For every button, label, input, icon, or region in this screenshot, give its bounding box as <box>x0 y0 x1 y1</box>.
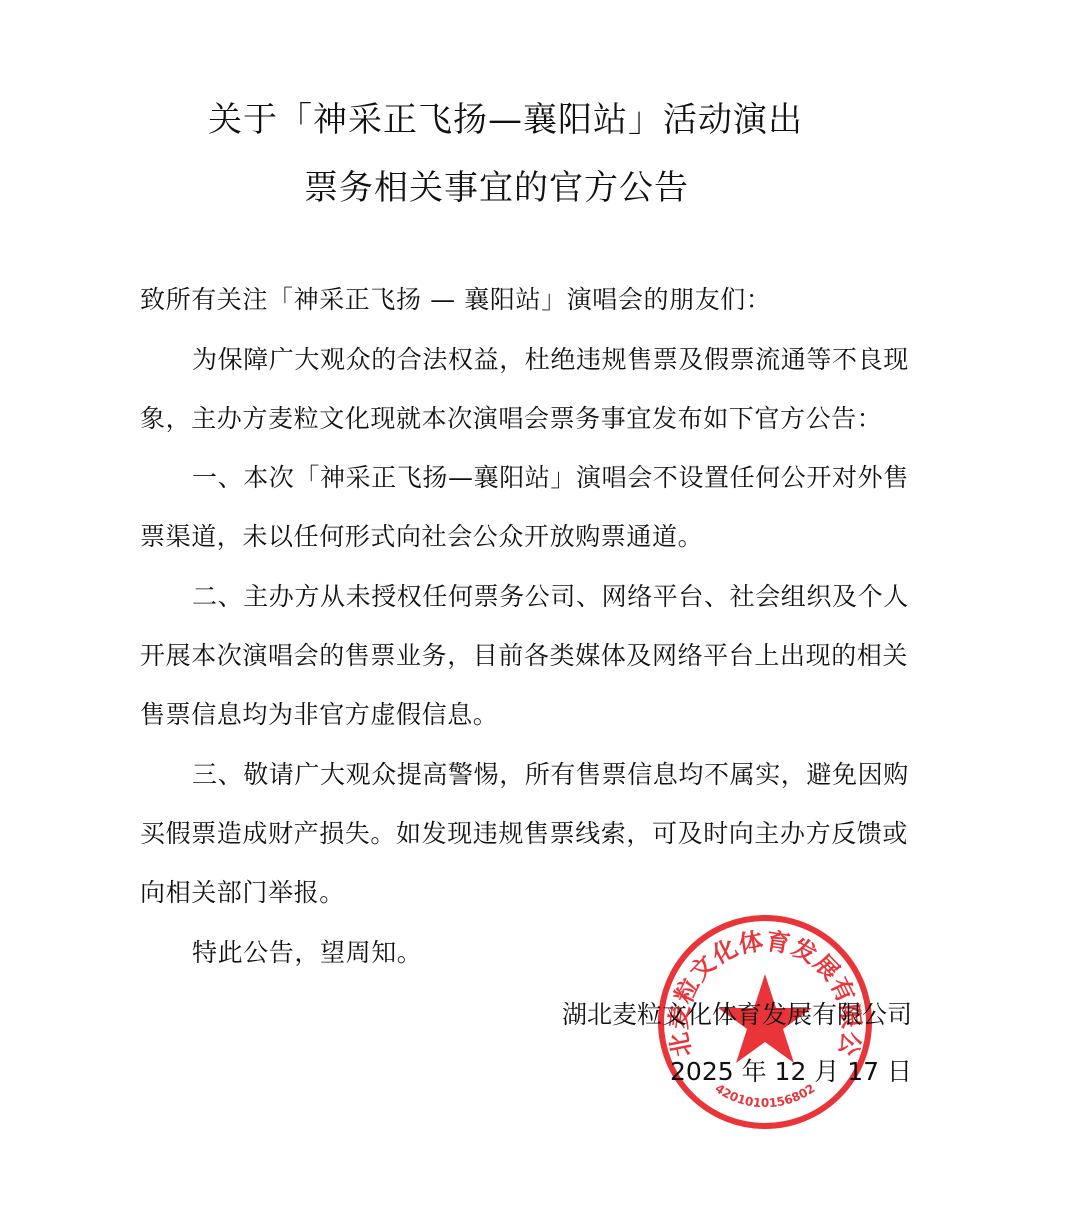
body-line: 二、主办方从未授权任何票务公司、网络平台、社会组织及个人 <box>192 581 909 613</box>
document-title-line-1: 关于「神采正飞扬—襄阳站」活动演出 <box>208 100 803 140</box>
closing-line: 特此公告，望周知。 <box>192 937 422 969</box>
signature-date: 2025 年 12 月 17 日 <box>670 1056 912 1088</box>
body-line: 一、本次「神采正飞扬—襄阳站」演唱会不设置任何公开对外售 <box>192 462 909 494</box>
signature-company: 湖北麦粒文化体育发展有限公司 <box>562 999 912 1031</box>
body-line: 开展本次演唱会的售票业务，目前各类媒体及网络平台上出现的相关 <box>140 640 908 672</box>
body-line: 象，主办方麦粒文化现就本次演唱会票务事宜发布如下官方公告： <box>140 403 882 435</box>
body-line: 向相关部门举报。 <box>140 877 345 909</box>
body-line: 三、敬请广大观众提高警惕，所有售票信息均不属实，避免因购 <box>192 759 909 791</box>
document-title-line-2: 票务相关事宜的官方公告 <box>304 168 689 208</box>
body-line: 售票信息均为非官方虚假信息。 <box>140 699 498 731</box>
body-line: 买假票造成财产损失。如发现违规售票线索，可及时向主办方反馈或 <box>140 818 908 850</box>
body-line: 为保障广大观众的合法权益，杜绝违规售票及假票流通等不良现 <box>192 344 909 376</box>
greeting: 致所有关注「神采正飞扬 — 襄阳站」演唱会的朋友们： <box>140 284 772 316</box>
body-line: 票渠道，未以任何形式向社会公众开放购票通道。 <box>140 521 703 553</box>
